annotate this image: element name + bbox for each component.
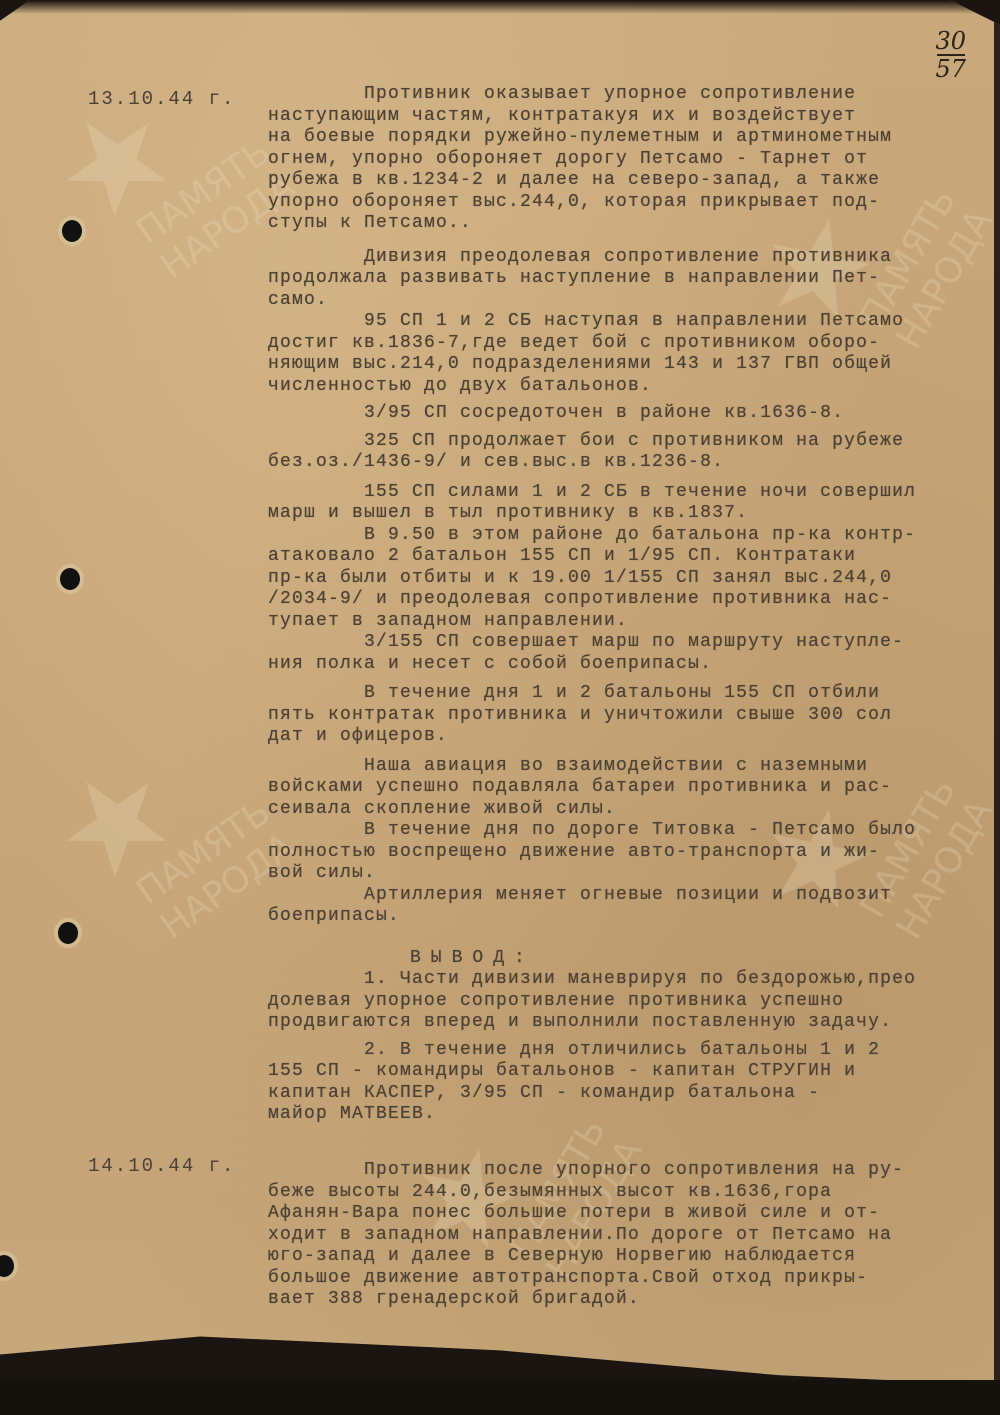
scan-bottom-background: [0, 1380, 1000, 1415]
paragraph: В течение дня по дороге Титовка - Петсам…: [268, 820, 980, 885]
punch-hole: [60, 568, 80, 590]
document-page: ПАМЯТЬ НАРОДА ПАМЯТЬ НАРОДА ПАМЯТЬ НАРОД…: [0, 0, 1000, 1385]
paragraph: 95 СП 1 и 2 СБ наступая в направлении Пе…: [268, 311, 980, 397]
paragraph: Наша авиация во взаимодействии с наземны…: [268, 756, 980, 821]
paragraph: 3/155 СП совершает марш по маршруту наст…: [268, 632, 980, 675]
entry-date: 13.10.44 г.: [88, 88, 235, 110]
punch-hole: [0, 1255, 14, 1277]
paragraph: Дивизия преодолевая сопротивление против…: [268, 247, 980, 312]
entry-date: 14.10.44 г.: [88, 1155, 235, 1177]
conclusion-item: 1. Части дивизии маневрируя по бездорожь…: [268, 969, 980, 1034]
paragraph: 3/95 СП сосредоточен в районе кв.1636-8.: [268, 403, 980, 425]
scan-top-edge: [0, 0, 1000, 14]
svg-text:ПАМЯТЬ: ПАМЯТЬ: [129, 791, 278, 912]
conclusion-heading: ВЫВОД:: [268, 948, 980, 970]
paragraph: В 9.50 в этом районе до батальона пр-ка …: [268, 525, 980, 633]
punch-hole: [62, 220, 82, 242]
paragraph: Артиллерия меняет огневые позиции и подв…: [268, 885, 980, 928]
svg-text:ПАМЯТЬ: ПАМЯТЬ: [129, 131, 278, 252]
scan-right-edge: [994, 0, 1000, 1385]
paragraph: 325 СП продолжает бои с противником на р…: [268, 431, 980, 474]
entry-body: Противник оказывает упорное сопротивлени…: [268, 84, 980, 1126]
paragraph: 155 СП силами 1 и 2 СБ в течение ночи со…: [268, 482, 980, 525]
handwritten-page-number: 30 57: [935, 28, 966, 82]
conclusion-item: 2. В течение дня отличились батальоны 1 …: [268, 1040, 980, 1126]
page-number-bottom: 57: [935, 56, 966, 82]
paragraph: Противник после упорного сопротивления н…: [268, 1160, 980, 1311]
punch-hole: [58, 922, 78, 944]
paragraph: В течение дня 1 и 2 батальоны 155 СП отб…: [268, 683, 980, 748]
page-number-top: 30: [935, 28, 966, 54]
entry-body: Противник после упорного сопротивления н…: [268, 1160, 980, 1311]
paragraph: Противник оказывает упорное сопротивлени…: [268, 84, 980, 235]
